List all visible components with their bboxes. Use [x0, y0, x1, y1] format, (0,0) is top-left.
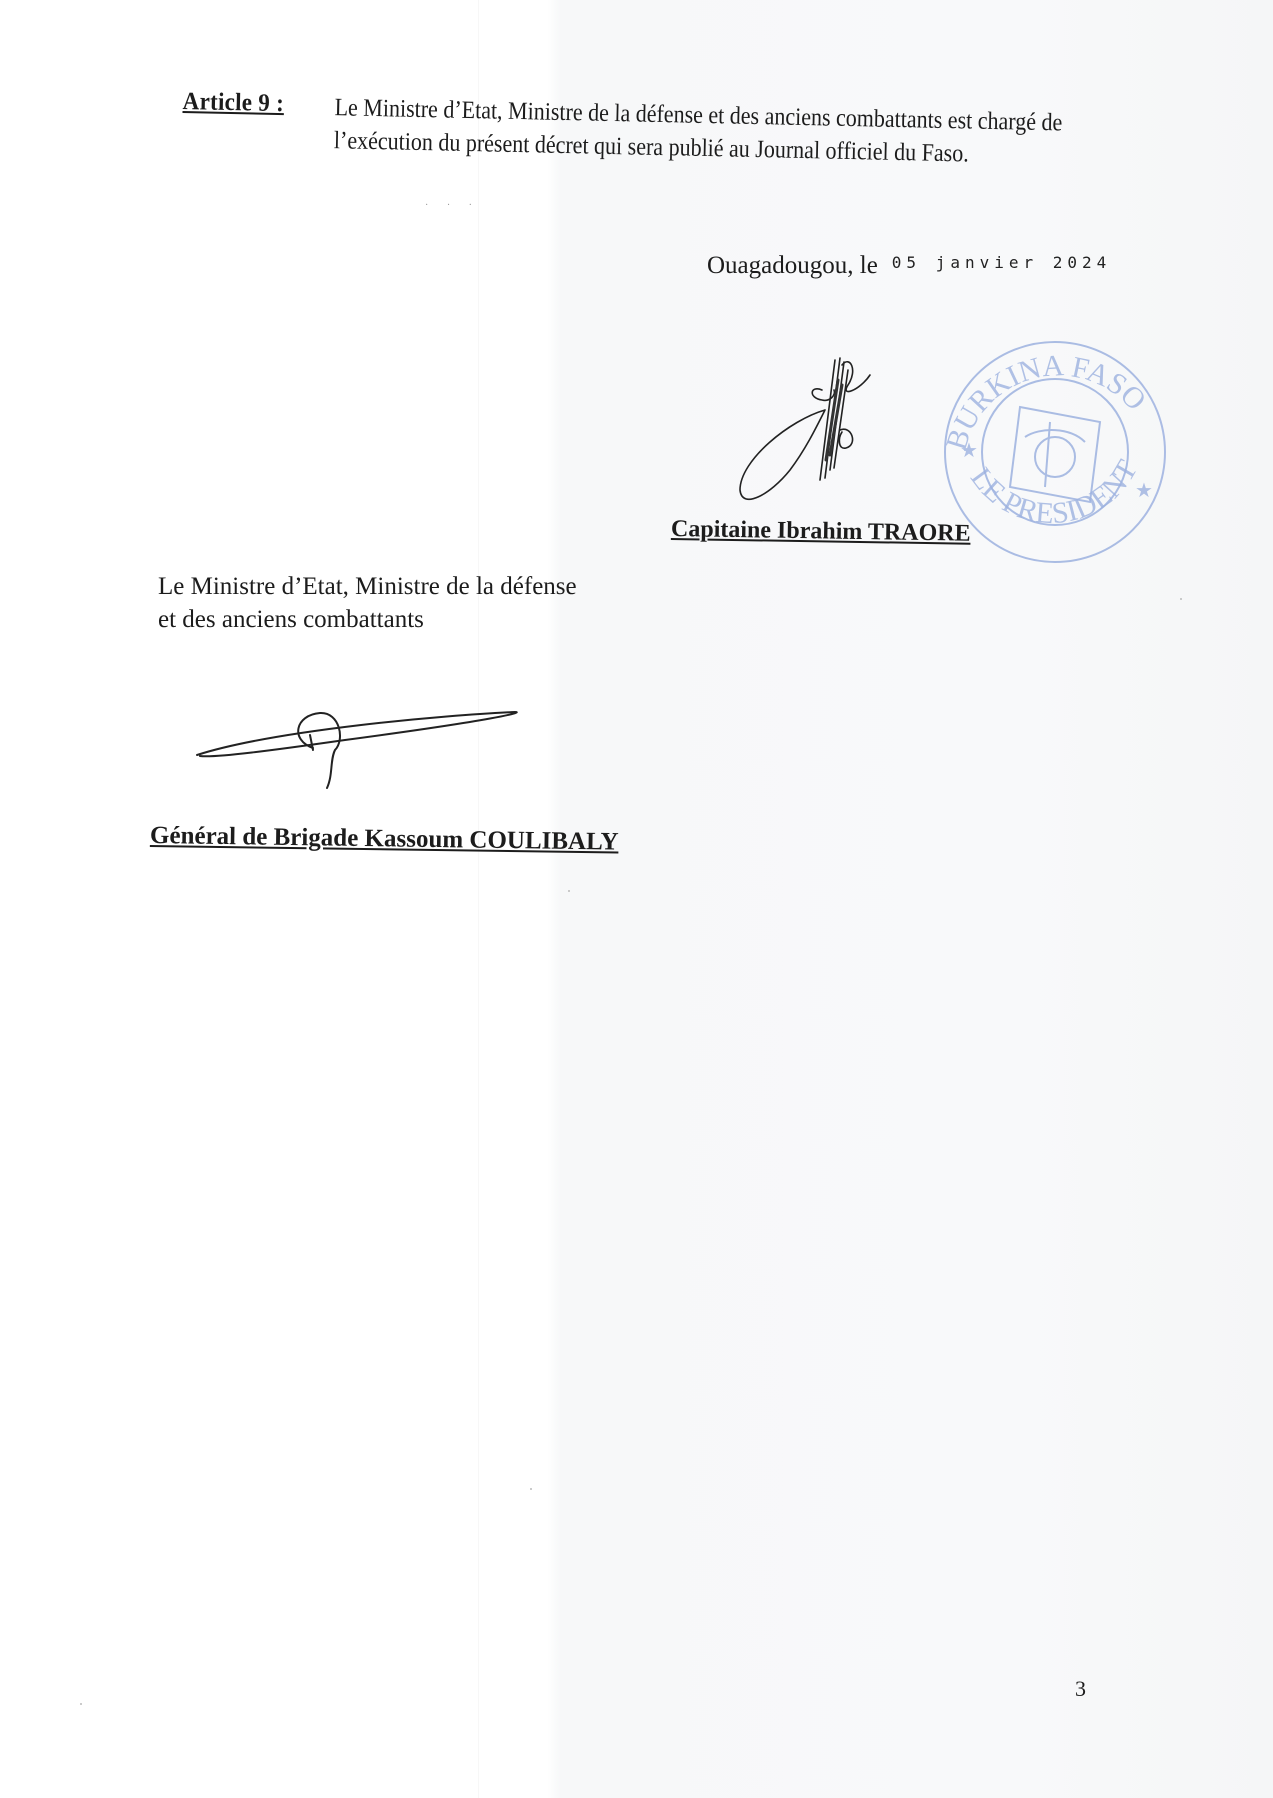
- minister-title-line: et des anciens combattants: [158, 603, 577, 636]
- scan-speck: [80, 1703, 82, 1705]
- document-page: Article 9 : Le Ministre d’Etat, Ministre…: [0, 0, 1273, 1798]
- date-stamp: 05 janvier 2024: [892, 253, 1112, 272]
- scan-specks: · · ·: [425, 200, 480, 211]
- page-number: 3: [1075, 1676, 1086, 1702]
- svg-text:LE PRESIDENT: LE PRESIDENT: [964, 455, 1144, 531]
- article-body: Le Ministre d’Etat, Ministre de la défen…: [334, 91, 1110, 173]
- article-9: Article 9 : Le Ministre d’Etat, Ministre…: [183, 88, 1213, 110]
- minister-title-line: Le Ministre d’Etat, Ministre de la défen…: [158, 570, 577, 603]
- seal-bottom-text: LE PRESIDENT: [964, 455, 1144, 531]
- page-fold-shadow: [478, 0, 479, 1798]
- article-label: Article 9 :: [182, 88, 284, 118]
- signature-coulibaly-icon: [195, 710, 525, 790]
- scan-speck: [568, 890, 570, 892]
- seal-star-icon: ★: [960, 440, 978, 462]
- signature-traore-icon: [730, 350, 900, 510]
- scan-speck: [530, 1488, 532, 1490]
- date-place: Ouagadougou, le: [707, 252, 878, 280]
- signatory-name-president: Capitaine Ibrahim TRAORE: [671, 516, 971, 548]
- scan-speck: [1180, 598, 1182, 600]
- minister-title: Le Ministre d’Etat, Ministre de la défen…: [158, 570, 577, 636]
- seal-star-icon: ★: [1135, 480, 1153, 502]
- date-line: Ouagadougou, le 05 janvier 2024: [707, 252, 1111, 280]
- signatory-name-minister: Général de Brigade Kassoum COULIBALY: [150, 822, 619, 857]
